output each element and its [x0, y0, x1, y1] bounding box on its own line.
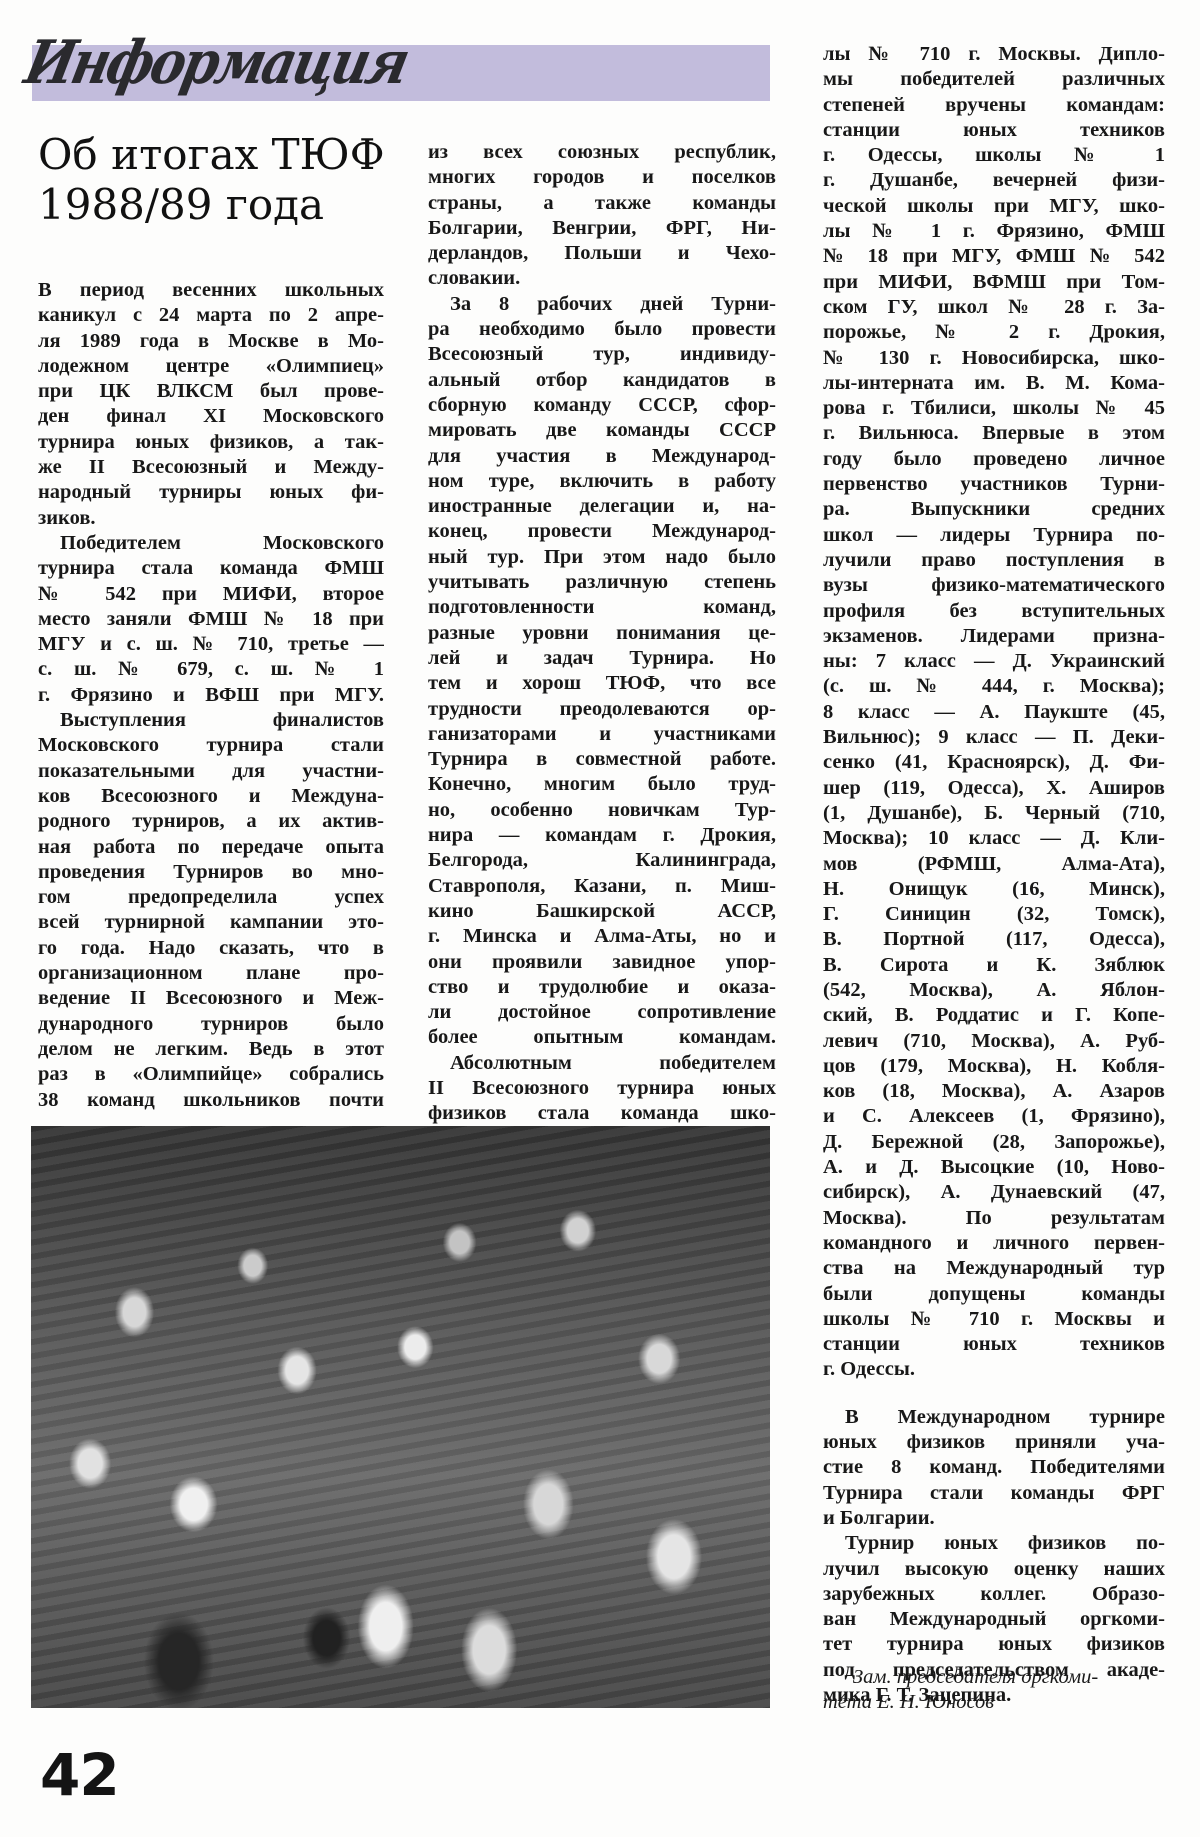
article-column-right: лы № 710 г. Москвы. Дипло-мы победителей…: [823, 42, 1165, 1708]
text-line: лучили право поступления в: [823, 548, 1165, 573]
text-line: иностранные делегации и, на-: [428, 494, 776, 519]
text-line: были допущены команды: [823, 1282, 1165, 1307]
text-line: мировать две команды СССР: [428, 418, 776, 443]
text-line: турнира стала команда ФМШ: [38, 556, 384, 581]
text-line: подготовленности команд,: [428, 595, 776, 620]
text-line: (1, Душанбе), Б. Черный (710,: [823, 801, 1165, 826]
text-line: Москва). По результатам: [823, 1206, 1165, 1231]
text-line: и Болгарии.: [823, 1506, 1165, 1531]
text-line: г. Минска и Алма-Аты, но и: [428, 924, 776, 949]
text-line: из всех союзных республик,: [428, 140, 776, 165]
text-line: За 8 рабочих дней Турни-: [428, 292, 776, 317]
text-line: ли достойное сопротивление: [428, 1000, 776, 1025]
text-line: стие 8 команд. Победителями: [823, 1455, 1165, 1480]
text-line: первенство участников Турни-: [823, 472, 1165, 497]
text-line: организационном плане про-: [38, 961, 384, 986]
text-line: учитывать различную степень: [428, 570, 776, 595]
text-line: для участия в Международ-: [428, 444, 776, 469]
text-line: В. Сирота и К. Зяблюк: [823, 953, 1165, 978]
text-line: Выступления финалистов: [38, 708, 384, 733]
text-line: вузы физико-математического: [823, 573, 1165, 598]
text-line: ведение II Всесоюзного и Меж-: [38, 986, 384, 1011]
text-line: гом предопределила успех: [38, 885, 384, 910]
text-line: ля 1989 года в Москве в Мо-: [38, 329, 384, 354]
text-line: мов (РФМШ, Алма-Ата),: [823, 852, 1165, 877]
text-line: II Всесоюзного турнира юных: [428, 1076, 776, 1101]
text-line: ден финал XI Московского: [38, 404, 384, 429]
text-line: делом не легким. Ведь в этот: [38, 1037, 384, 1062]
text-line: альный отбор кандидатов в: [428, 368, 776, 393]
text-line: станции юных техников: [823, 1332, 1165, 1357]
text-line: ганизаторами и участниками: [428, 722, 776, 747]
text-line: Абсолютным победителем: [428, 1051, 776, 1076]
text-line: сенко (41, Красноярск), Д. Фи-: [823, 750, 1165, 775]
text-line: ческой школы при МГУ, шко-: [823, 194, 1165, 219]
text-line: же II Всесоюзный и Между-: [38, 455, 384, 480]
text-line: ство и трудолюбие и оказа-: [428, 975, 776, 1000]
article-column-middle: из всех союзных республик,многих городов…: [428, 140, 776, 1127]
text-line: тем и хорош ТЮФ, что все: [428, 671, 776, 696]
text-line: каникул с 24 марта по 2 апре-: [38, 303, 384, 328]
text-line: при МИФИ, ВФМШ при Том-: [823, 270, 1165, 295]
text-line: ков (18, Москва), А. Азаров: [823, 1079, 1165, 1104]
text-line: степеней вручены командам:: [823, 93, 1165, 118]
text-line: ван Международный оргкоми-: [823, 1607, 1165, 1632]
text-line: Московского турнира стали: [38, 733, 384, 758]
text-line: мы победителей различных: [823, 67, 1165, 92]
text-line: 8 класс — А. Паукште (45,: [823, 700, 1165, 725]
audience-photo: [31, 1126, 770, 1708]
text-line: ков Всесоюзного и Междуна-: [38, 784, 384, 809]
text-line: юных физиков приняли уча-: [823, 1430, 1165, 1455]
text-line: народный турниры юных фи-: [38, 480, 384, 505]
text-line: Д. Бережной (28, Запорожье),: [823, 1130, 1165, 1155]
article-title: Об итогах ТЮФ 1988/89 года: [38, 130, 418, 230]
text-line: нира — командам г. Дрокия,: [428, 823, 776, 848]
author-signature: Зам. председателя оргкоми- тета Е. Н. Юн…: [823, 1665, 1165, 1716]
text-line: г. Одессы, школы № 1: [823, 143, 1165, 168]
text-line: тет турнира юных физиков: [823, 1632, 1165, 1657]
text-line: Турнир юных физиков по-: [823, 1531, 1165, 1556]
text-line: они проявили завидное упор-: [428, 950, 776, 975]
text-line: ском ГУ, школ № 28 г. За-: [823, 295, 1165, 320]
text-line: рова г. Тбилиси, школы № 45: [823, 396, 1165, 421]
text-line: школы № 710 г. Москвы и: [823, 1307, 1165, 1332]
text-line: страны, а также команды: [428, 191, 776, 216]
text-line: Всесоюзный тур, индивиду-: [428, 342, 776, 367]
text-line: показательными для участни-: [38, 759, 384, 784]
text-line: № 18 при МГУ, ФМШ № 542: [823, 244, 1165, 269]
text-line: В период весенних школьных: [38, 278, 384, 303]
text-line: Конечно, многим было труд-: [428, 772, 776, 797]
text-line: при ЦК ВЛКСМ был прове-: [38, 379, 384, 404]
text-line: А. и Д. Высоцкие (10, Ново-: [823, 1155, 1165, 1180]
text-line: профиля без вступительных: [823, 599, 1165, 624]
text-line: МГУ и с. ш. № 710, третье —: [38, 632, 384, 657]
text-line: левич (710, Москва), А. Руб-: [823, 1029, 1165, 1054]
text-line: физиков стала команда шко-: [428, 1101, 776, 1126]
text-line: ра необходимо было провести: [428, 317, 776, 342]
text-line: Болгарии, Венгрии, ФРГ, Ни-: [428, 216, 776, 241]
text-line: 38 команд школьников почти: [38, 1088, 384, 1113]
text-line: кино Башкирской АССР,: [428, 899, 776, 924]
text-line: сборную команду СССР, сфор-: [428, 393, 776, 418]
text-line: лей и задач Турнира. Но: [428, 646, 776, 671]
text-line: сибирск), А. Дунаевский (47,: [823, 1180, 1165, 1205]
text-line: ном туре, включить в работу: [428, 469, 776, 494]
text-line: станции юных техников: [823, 118, 1165, 143]
text-line: дерландов, Польши и Чехо-: [428, 241, 776, 266]
text-line: дународного турниров было: [38, 1012, 384, 1037]
text-line: г. Вильнюса. Впервые в этом: [823, 421, 1165, 446]
text-line: порожье, № 2 г. Дрокия,: [823, 320, 1165, 345]
text-line: словакии.: [428, 266, 776, 291]
text-line: № 542 при МИФИ, второе: [38, 582, 384, 607]
text-line: экзаменов. Лидерами призна-: [823, 624, 1165, 649]
text-line: более опытным командам.: [428, 1025, 776, 1050]
text-line: цов (179, Москва), Н. Кобля-: [823, 1054, 1165, 1079]
text-line: шер (119, Одесса), Х. Аширов: [823, 776, 1165, 801]
article-title-line-1: Об итогах ТЮФ: [38, 130, 418, 180]
text-line: (542, Москва), А. Яблон-: [823, 978, 1165, 1003]
text-line: лы № 1 г. Фрязино, ФМШ: [823, 219, 1165, 244]
text-line: (с. ш. № 444, г. Москва);: [823, 674, 1165, 699]
text-line: лодежном центре «Олимпиец»: [38, 354, 384, 379]
text-line: Н. Онищук (16, Минск),: [823, 877, 1165, 902]
text-line: раз в «Олимпийце» собрались: [38, 1062, 384, 1087]
text-line: № 130 г. Новосибирска, шко-: [823, 346, 1165, 371]
article-title-line-2: 1988/89 года: [38, 180, 418, 230]
text-line: лучил высокую оценку наших: [823, 1557, 1165, 1582]
text-line: го года. Надо сказать, что в: [38, 936, 384, 961]
text-line: ства на Международный тур: [823, 1256, 1165, 1281]
text-line: Вильнюс); 9 класс — П. Деки-: [823, 725, 1165, 750]
paragraph-gap: [823, 1383, 1165, 1405]
text-line: проведения Турниров во мно-: [38, 860, 384, 885]
text-line: Ставрополя, Казани, п. Миш-: [428, 874, 776, 899]
text-line: лы № 710 г. Москвы. Дипло-: [823, 42, 1165, 67]
rubric-label: Информация: [19, 28, 413, 98]
text-line: командного и личного первен-: [823, 1231, 1165, 1256]
text-line: Турнира в совместной работе.: [428, 747, 776, 772]
text-line: ский, В. Роддатис и Г. Копе-: [823, 1003, 1165, 1028]
text-line: Турнира стали команды ФРГ: [823, 1481, 1165, 1506]
text-line: ный тур. При этом надо было: [428, 545, 776, 570]
text-line: Г. Синицин (32, Томск),: [823, 902, 1165, 927]
text-line: зарубежных коллег. Образо-: [823, 1582, 1165, 1607]
text-line: Победителем Московского: [38, 531, 384, 556]
text-line: трудности преодолеваются ор-: [428, 697, 776, 722]
article-column-left: В период весенних школьныхканикул с 24 м…: [38, 278, 384, 1113]
text-line: В. Портной (117, Одесса),: [823, 927, 1165, 952]
text-line: турнира юных физиков, а так-: [38, 430, 384, 455]
text-line: г. Одессы.: [823, 1357, 1165, 1382]
text-line: В Международном турнире: [823, 1405, 1165, 1430]
text-line: ны: 7 класс — Д. Украинский: [823, 649, 1165, 674]
signature-line-2: тета Е. Н. Юносов: [823, 1690, 1165, 1715]
text-line: г. Фрязино и ВФШ при МГУ.: [38, 683, 384, 708]
text-line: с. ш. № 679, с. ш. № 1: [38, 657, 384, 682]
text-line: и С. Алексеев (1, Фрязино),: [823, 1104, 1165, 1129]
text-line: ная работа по передаче опыта: [38, 835, 384, 860]
text-line: многих городов и поселков: [428, 165, 776, 190]
text-line: но, особенно новичкам Тур-: [428, 798, 776, 823]
signature-line-1: Зам. председателя оргкоми-: [823, 1665, 1165, 1690]
text-line: разные уровни понимания це-: [428, 621, 776, 646]
text-line: Белгорода, Калининграда,: [428, 848, 776, 873]
text-line: зиков.: [38, 506, 384, 531]
text-line: лы-интерната им. В. М. Кома-: [823, 371, 1165, 396]
page-number: 42: [40, 1746, 119, 1804]
text-line: ра. Выпускники средних: [823, 497, 1165, 522]
text-line: школ — лидеры Турнира по-: [823, 523, 1165, 548]
text-line: Москва); 10 класс — Д. Кли-: [823, 826, 1165, 851]
text-line: г. Душанбе, вечерней физи-: [823, 168, 1165, 193]
text-line: всей турнирной кампании это-: [38, 910, 384, 935]
text-line: место заняли ФМШ № 18 при: [38, 607, 384, 632]
text-line: родного турниров, а их актив-: [38, 809, 384, 834]
text-line: году было проведено личное: [823, 447, 1165, 472]
text-line: конец, провести Международ-: [428, 519, 776, 544]
